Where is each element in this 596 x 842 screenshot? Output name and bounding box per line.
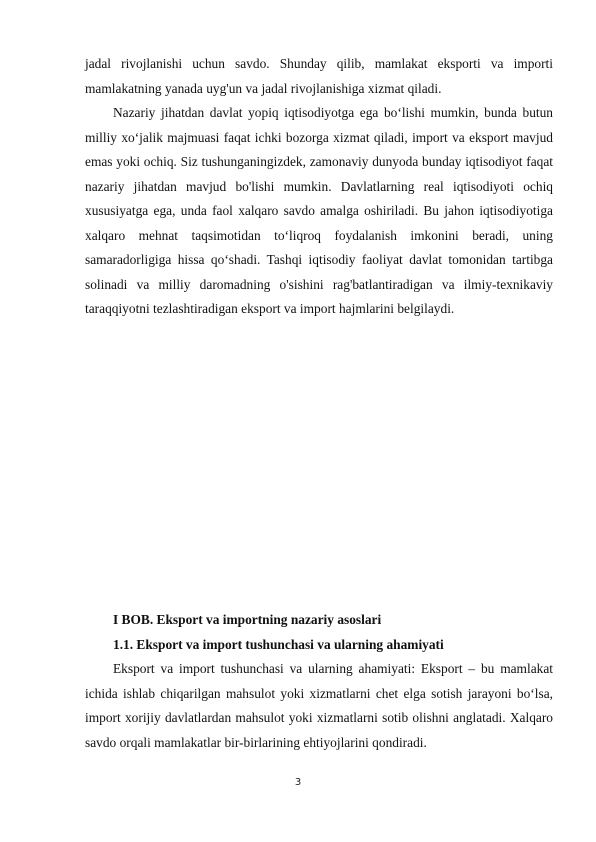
body-text-top: jadal rivojlanishi uchun savdo. Shunday …: [85, 52, 553, 322]
chapter-heading: I BOB. Eksport va importning nazariy aso…: [85, 608, 553, 633]
paragraph-continuation: jadal rivojlanishi uchun savdo. Shunday …: [85, 52, 553, 101]
body-text-bottom: I BOB. Eksport va importning nazariy aso…: [85, 608, 553, 755]
paragraph-closed-economy: Nazariy jihatdan davlat yopiq iqtisodiyo…: [85, 101, 553, 322]
page-number: 3: [0, 777, 596, 788]
section-heading: 1.1. Eksport va import tushunchasi va ul…: [85, 633, 553, 658]
paragraph-export-import-definition: Eksport va import tushunchasi va ularnin…: [85, 657, 553, 755]
